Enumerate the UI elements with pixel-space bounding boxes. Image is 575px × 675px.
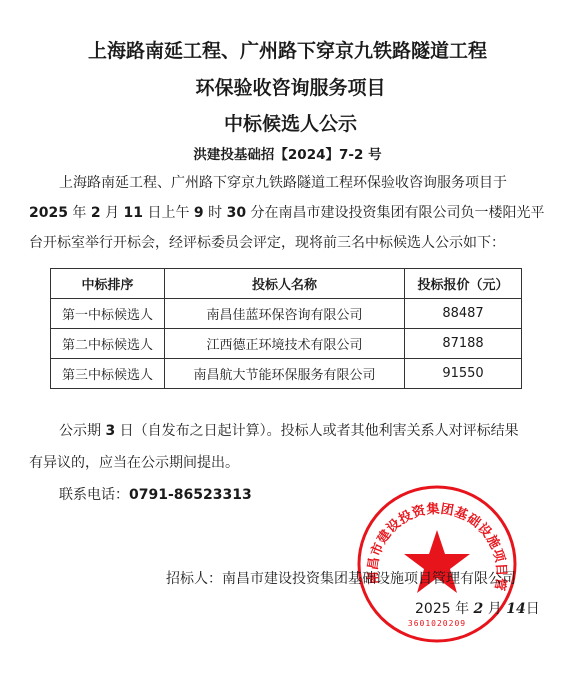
intro-minute: 30	[227, 205, 246, 221]
header-rank: 中标排序	[51, 269, 165, 299]
header-price: 投标报价（元）	[405, 269, 522, 299]
candidates-table: 中标排序 投标人名称 投标报价（元） 第一中标候选人 南昌佳蓝环保咨询有限公司 …	[50, 268, 522, 389]
intro-line-3: 台开标室举行开标会，经评标委员会评定，现将前三名中标候选人公示如下：	[29, 232, 505, 252]
notice-text: 公示期	[59, 423, 105, 439]
intro-hour: 9	[194, 205, 204, 221]
cell-price: 87188	[405, 329, 522, 359]
intro-text: 日上午	[143, 205, 194, 221]
cell-bidder: 江西德正环境技术有限公司	[165, 329, 405, 359]
official-seal: 南昌市建设投资集团基础设施项目管理有限公司 3601020209	[356, 484, 518, 644]
title-line-1: 上海路南延工程、广州路下穿京九铁路隧道工程	[0, 36, 575, 63]
cell-bidder: 南昌佳蓝环保咨询有限公司	[165, 299, 405, 329]
contact-phone: 联系电话：0791-86523313	[59, 484, 252, 504]
notice-text: 日（自发布之日起计算）。投标人或者其他利害关系人对评标结果	[115, 423, 518, 439]
intro-text: 分在南昌市建设投资集团有限公司负一楼阳光平	[246, 205, 544, 221]
intro-text: 时	[204, 205, 227, 221]
cell-price: 91550	[405, 359, 522, 389]
date-text: 年	[451, 601, 474, 617]
date-text: 月	[483, 601, 506, 617]
intro-month: 2	[91, 205, 101, 221]
cell-price: 88487	[405, 299, 522, 329]
cell-rank: 第一中标候选人	[51, 299, 165, 329]
title-line-2: 环保验收咨询服务项目	[3, 73, 575, 100]
date-month: 2	[474, 601, 484, 617]
issuer: 招标人：南昌市建设投资集团基础设施项目管理有限公司	[166, 568, 516, 588]
table-row: 第一中标候选人 南昌佳蓝环保咨询有限公司 88487	[51, 299, 522, 329]
date-text: 日	[526, 601, 540, 617]
notice-line-2: 有异议的，应当在公示期间提出。	[29, 452, 239, 472]
intro-year: 2025	[29, 205, 68, 221]
intro-text: 年	[68, 205, 91, 221]
table-row: 第三中标候选人 南昌航大节能环保服务有限公司 91550	[51, 359, 522, 389]
cell-rank: 第二中标候选人	[51, 329, 165, 359]
date-day: 14	[506, 601, 525, 617]
intro-text: 月	[101, 205, 124, 221]
document-number: 洪建投基础招【2024】7-2 号	[0, 143, 575, 163]
intro-line-1: 上海路南延工程、广州路下穿京九铁路隧道工程环保验收咨询服务项目于	[59, 172, 507, 192]
notice-days: 3	[105, 423, 115, 439]
issue-date: 2025 年 2 月 14日	[415, 598, 540, 618]
phone-label: 联系电话：	[59, 487, 129, 503]
header-bidder: 投标人名称	[165, 269, 405, 299]
phone-number: 0791-86523313	[129, 487, 252, 503]
date-year: 2025	[415, 601, 451, 617]
cell-bidder: 南昌航大节能环保服务有限公司	[165, 359, 405, 389]
intro-day: 11	[124, 205, 143, 221]
notice-line-1: 公示期 3 日（自发布之日起计算）。投标人或者其他利害关系人对评标结果	[59, 420, 519, 440]
intro-line-2: 2025 年 2 月 11 日上午 9 时 30 分在南昌市建设投资集团有限公司…	[29, 202, 545, 222]
seal-serial: 3601020209	[408, 619, 466, 628]
cell-rank: 第三中标候选人	[51, 359, 165, 389]
table-header-row: 中标排序 投标人名称 投标报价（元）	[51, 269, 522, 299]
title-line-3: 中标候选人公示	[3, 109, 575, 136]
table-row: 第二中标候选人 江西德正环境技术有限公司 87188	[51, 329, 522, 359]
